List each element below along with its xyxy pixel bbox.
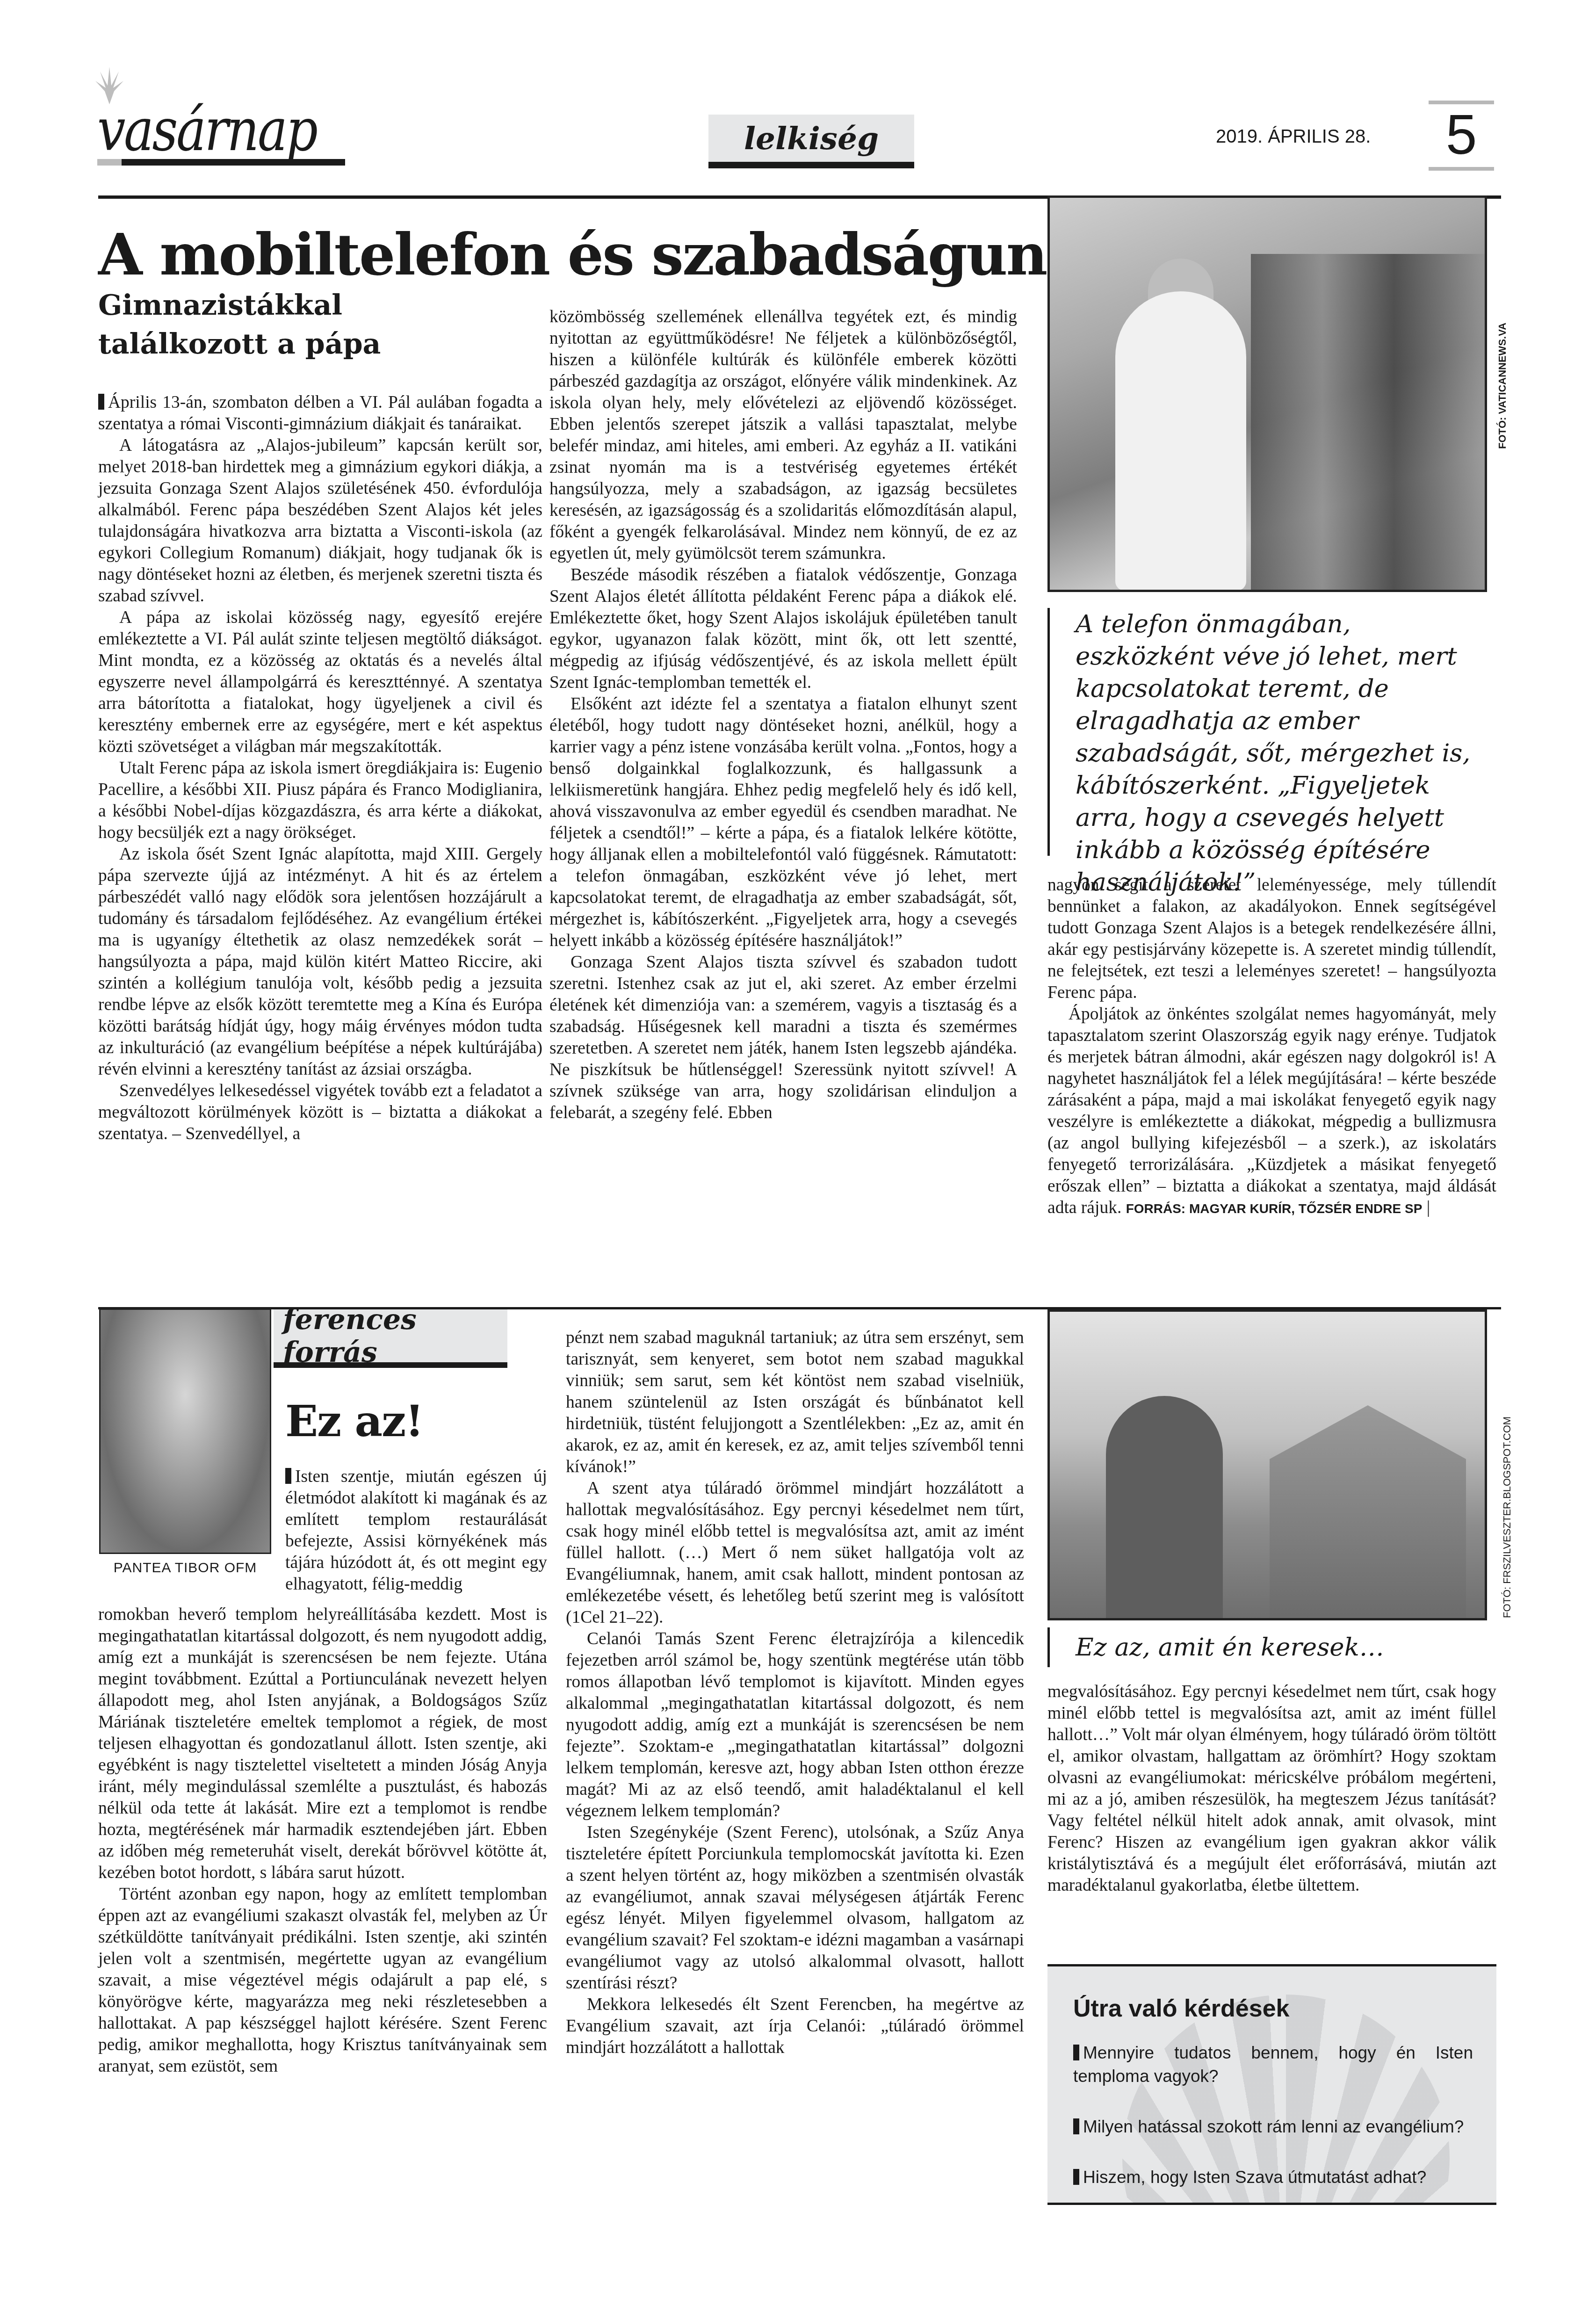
author-photo — [99, 1308, 271, 1554]
paragraph: Gonzaga Szent Alajos tiszta szívvel és s… — [549, 952, 1017, 1124]
paragraph: Mekkora lelkesedés élt Szent Ferencben, … — [566, 1994, 1024, 2059]
bullet-marker-icon — [285, 1468, 291, 1484]
paragraph: romokban heverő templom helyreállításába… — [98, 1604, 547, 1884]
paragraph: Történt azonban egy napon, hogy az említ… — [98, 1884, 547, 2077]
photo-figure — [1115, 291, 1246, 591]
paragraph: megvalósításához. Egy percnyi késedelmet… — [1047, 1681, 1496, 1896]
photo-chapel — [1270, 1405, 1466, 1620]
questions-title: Útra való kérdések — [1073, 1995, 1473, 2023]
article-column-3: nagyon segít a szeretet leleményessége, … — [1047, 875, 1496, 1220]
photo-crowd — [1251, 254, 1487, 592]
logo-underline — [97, 159, 345, 166]
section-label: lelkiség — [744, 120, 879, 157]
article2-column-1b: romokban heverő templom helyreállításába… — [98, 1604, 547, 2077]
question-item: Milyen hatással szokott rám lenni az eva… — [1073, 2115, 1473, 2139]
church-photo — [1047, 1309, 1487, 1620]
article-column-1: Április 13-án, szombaton délben a VI. Pá… — [98, 392, 542, 1145]
logo-text: vasárnap — [97, 101, 317, 159]
paragraph: A pápa az iskolai közösség nagy, egyesít… — [98, 607, 542, 758]
paragraph: nagyon segít a szeretet leleményessége, … — [1047, 875, 1496, 1004]
paragraph: Utalt Ferenc pápa az iskola ismert öregd… — [98, 758, 542, 844]
paragraph: Elsőként azt idézte fel a szentatya a fi… — [549, 694, 1017, 952]
paragraph: A látogatásra az „Alajos-jubileum” kapcs… — [98, 435, 542, 607]
column-tab: ferences forrás — [274, 1309, 507, 1368]
paragraph: Szenvedélyes lelkesedéssel vigyétek tová… — [98, 1080, 542, 1145]
photo-arch — [1106, 1396, 1223, 1620]
question-item: Hiszem, hogy Isten Szava útmutatást adha… — [1073, 2166, 1473, 2189]
article-column-2: közömbösség szellemének ellenállva tegyé… — [549, 306, 1017, 1124]
paragraph: pénzt nem szabad maguknál tartaniuk; az … — [566, 1327, 1024, 1478]
pull-quote: A telefon önmagában, eszközként véve jó … — [1047, 608, 1496, 856]
paragraph: Ápoljátok az önkéntes szolgálat nemes ha… — [1047, 1004, 1496, 1220]
photo-credit: FOTÓ: VATICANNEWS.VA — [1496, 323, 1509, 449]
section-tab: lelkiség — [708, 115, 914, 168]
bullet-marker-icon — [1073, 2045, 1079, 2060]
questions-box: Útra való kérdések Mennyire tudatos benn… — [1047, 1964, 1496, 2205]
paragraph: közömbösség szellemének ellenállva tegyé… — [549, 306, 1017, 564]
paragraph: Isten Szegénykéje (Szent Ferenc), utolsó… — [566, 1822, 1024, 1994]
article-subhead: Gimnazistákkal találkozott a pápa — [98, 286, 472, 364]
paragraph: A szent atya túláradó örömmel mindjárt h… — [566, 1478, 1024, 1628]
article2-headline: Ez az! — [285, 1396, 423, 1446]
article2-column-3: megvalósításához. Egy percnyi késedelmet… — [1047, 1681, 1496, 1896]
pope-photo — [1047, 195, 1487, 592]
paragraph: Az iskola ősét Szent Ignác alapította, m… — [98, 844, 542, 1080]
issue-date: 2019. ÁPRILIS 28. — [1216, 126, 1371, 147]
photo-caption: Ez az, amit én keresek… — [1047, 1627, 1496, 1667]
masthead-logo: vasárnap — [97, 96, 350, 171]
article2-column-1a: Isten szentje, miután egészen új életmód… — [285, 1466, 547, 1595]
author-name: PANTEA TIBOR OFM — [99, 1560, 271, 1576]
source-credit: FORRÁS: MAGYAR KURÍR, TŐZSÉR ENDRE SP — [1126, 1201, 1423, 1216]
paragraph: Beszéde második részében a fiatalok védő… — [549, 564, 1017, 694]
bullet-marker-icon — [1073, 2169, 1079, 2185]
question-item: Mennyire tudatos bennem, hogy én Isten t… — [1073, 2041, 1473, 2088]
article2-column-2: pénzt nem szabad maguknál tartaniuk; az … — [566, 1327, 1024, 2059]
logo-underline-accent — [97, 159, 122, 166]
article-headline: A mobiltelefon és szabadságunk — [98, 224, 1084, 284]
photo-credit-2: FOTÓ: FRSZILVESZTER.BLOGSPOT.COM — [1501, 1417, 1513, 1618]
bullet-marker-icon — [1073, 2118, 1079, 2134]
lead-paragraph: Április 13-án, szombaton délben a VI. Pá… — [98, 392, 542, 435]
lead-paragraph: Isten szentje, miután egészen új életmód… — [285, 1466, 547, 1595]
column-name: ferences forrás — [283, 1303, 507, 1369]
bullet-marker-icon — [98, 394, 104, 410]
paragraph: Celanói Tamás Szent Ferenc életrajzírója… — [566, 1628, 1024, 1822]
page-number: 5 — [1429, 101, 1494, 171]
